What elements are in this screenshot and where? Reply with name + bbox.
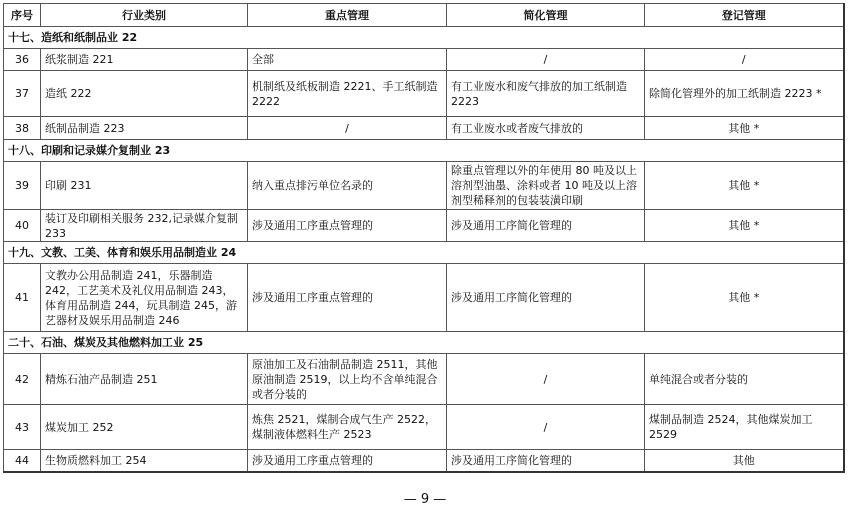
key-management-cell: 炼焦 2521，煤制合成气生产 2522，煤制液体燃料生产 2523 bbox=[248, 405, 447, 450]
key-management-cell: 机制纸及纸板制造 2221、手工纸制造 2222 bbox=[248, 71, 447, 117]
registration-management-cell: 其他 * bbox=[645, 162, 844, 210]
simplified-management-cell: 有工业废水和废气排放的加工纸制造 2223 bbox=[447, 71, 645, 117]
section-title: 十九、文教、工美、体育和娱乐用品制造业 24 bbox=[4, 242, 844, 264]
industry-category-cell: 纸浆制造 221 bbox=[41, 49, 248, 71]
header-registration-management: 登记管理 bbox=[645, 4, 844, 27]
industry-category-cell: 精炼石油产品制造 251 bbox=[41, 354, 248, 405]
simplified-management-cell: 有工业废水或者废气排放的 bbox=[447, 117, 645, 140]
section-title: 二十、石油、煤炭及其他燃料加工业 25 bbox=[4, 332, 844, 354]
table-row: 42精炼石油产品制造 251原油加工及石油制品制造 2511，其他原油制造 25… bbox=[4, 354, 844, 405]
table-row: 43煤炭加工 252炼焦 2521，煤制合成气生产 2522，煤制液体燃料生产 … bbox=[4, 405, 844, 450]
row-number-cell: 36 bbox=[4, 49, 41, 71]
key-management-cell: 涉及通用工序重点管理的 bbox=[248, 264, 447, 332]
simplified-management-cell: 涉及通用工序简化管理的 bbox=[447, 210, 645, 242]
header-key-management: 重点管理 bbox=[248, 4, 447, 27]
section-row: 十七、造纸和纸制品业 22 bbox=[4, 27, 844, 49]
row-number-cell: 44 bbox=[4, 450, 41, 472]
row-number-cell: 41 bbox=[4, 264, 41, 332]
industry-category-cell: 印刷 231 bbox=[41, 162, 248, 210]
section-row: 二十、石油、煤炭及其他燃料加工业 25 bbox=[4, 332, 844, 354]
permit-classification-table: 序号 行业类别 重点管理 简化管理 登记管理 十七、造纸和纸制品业 2236纸浆… bbox=[3, 3, 845, 473]
simplified-management-cell: / bbox=[447, 49, 645, 71]
section-row: 十八、印刷和记录媒介复制业 23 bbox=[4, 140, 844, 162]
industry-category-cell: 纸制品制造 223 bbox=[41, 117, 248, 140]
industry-category-cell: 生物质燃料加工 254 bbox=[41, 450, 248, 472]
registration-management-cell: 煤制品制造 2524，其他煤炭加工 2529 bbox=[645, 405, 844, 450]
key-management-cell: 涉及通用工序重点管理的 bbox=[248, 450, 447, 472]
table-row: 41文教办公用品制造 241，乐器制造 242，工艺美术及礼仪用品制造 243，… bbox=[4, 264, 844, 332]
registration-management-cell: 除简化管理外的加工纸制造 2223 * bbox=[645, 71, 844, 117]
industry-category-cell: 煤炭加工 252 bbox=[41, 405, 248, 450]
header-simplified-management: 简化管理 bbox=[447, 4, 645, 27]
table-row: 38纸制品制造 223/有工业废水或者废气排放的其他 * bbox=[4, 117, 844, 140]
row-number-cell: 37 bbox=[4, 71, 41, 117]
table-row: 44生物质燃料加工 254涉及通用工序重点管理的涉及通用工序简化管理的其他 bbox=[4, 450, 844, 472]
simplified-management-cell: / bbox=[447, 405, 645, 450]
page-number: — 9 — bbox=[0, 492, 850, 507]
simplified-management-cell: 涉及通用工序简化管理的 bbox=[447, 264, 645, 332]
row-number-cell: 43 bbox=[4, 405, 41, 450]
section-title: 十七、造纸和纸制品业 22 bbox=[4, 27, 844, 49]
registration-management-cell: 其他 bbox=[645, 450, 844, 472]
table-row: 37造纸 222机制纸及纸板制造 2221、手工纸制造 2222有工业废水和废气… bbox=[4, 71, 844, 117]
registration-management-cell: 单纯混合或者分装的 bbox=[645, 354, 844, 405]
section-row: 十九、文教、工美、体育和娱乐用品制造业 24 bbox=[4, 242, 844, 264]
section-title: 十八、印刷和记录媒介复制业 23 bbox=[4, 140, 844, 162]
key-management-cell: 全部 bbox=[248, 49, 447, 71]
row-number-cell: 40 bbox=[4, 210, 41, 242]
simplified-management-cell: / bbox=[447, 354, 645, 405]
key-management-cell: 原油加工及石油制品制造 2511，其他原油制造 2519，以上均不含单纯混合或者… bbox=[248, 354, 447, 405]
row-number-cell: 39 bbox=[4, 162, 41, 210]
key-management-cell: / bbox=[248, 117, 447, 140]
row-number-cell: 38 bbox=[4, 117, 41, 140]
key-management-cell: 纳入重点排污单位名录的 bbox=[248, 162, 447, 210]
industry-category-cell: 装订及印刷相关服务 232,记录媒介复制 233 bbox=[41, 210, 248, 242]
table-header-row: 序号 行业类别 重点管理 简化管理 登记管理 bbox=[4, 4, 844, 27]
table-body: 十七、造纸和纸制品业 2236纸浆制造 221全部//37造纸 222机制纸及纸… bbox=[4, 27, 844, 472]
table-row: 36纸浆制造 221全部// bbox=[4, 49, 844, 71]
header-no: 序号 bbox=[4, 4, 41, 27]
simplified-management-cell: 除重点管理以外的年使用 80 吨及以上溶剂型油墨、涂料或者 10 吨及以上溶剂型… bbox=[447, 162, 645, 210]
table-row: 39印刷 231纳入重点排污单位名录的除重点管理以外的年使用 80 吨及以上溶剂… bbox=[4, 162, 844, 210]
row-number-cell: 42 bbox=[4, 354, 41, 405]
table-row: 40装订及印刷相关服务 232,记录媒介复制 233涉及通用工序重点管理的涉及通… bbox=[4, 210, 844, 242]
registration-management-cell: / bbox=[645, 49, 844, 71]
simplified-management-cell: 涉及通用工序简化管理的 bbox=[447, 450, 645, 472]
registration-management-cell: 其他 * bbox=[645, 264, 844, 332]
registration-management-cell: 其他 * bbox=[645, 117, 844, 140]
industry-category-cell: 文教办公用品制造 241，乐器制造 242，工艺美术及礼仪用品制造 243，体育… bbox=[41, 264, 248, 332]
header-category: 行业类别 bbox=[41, 4, 248, 27]
industry-category-cell: 造纸 222 bbox=[41, 71, 248, 117]
key-management-cell: 涉及通用工序重点管理的 bbox=[248, 210, 447, 242]
registration-management-cell: 其他 * bbox=[645, 210, 844, 242]
